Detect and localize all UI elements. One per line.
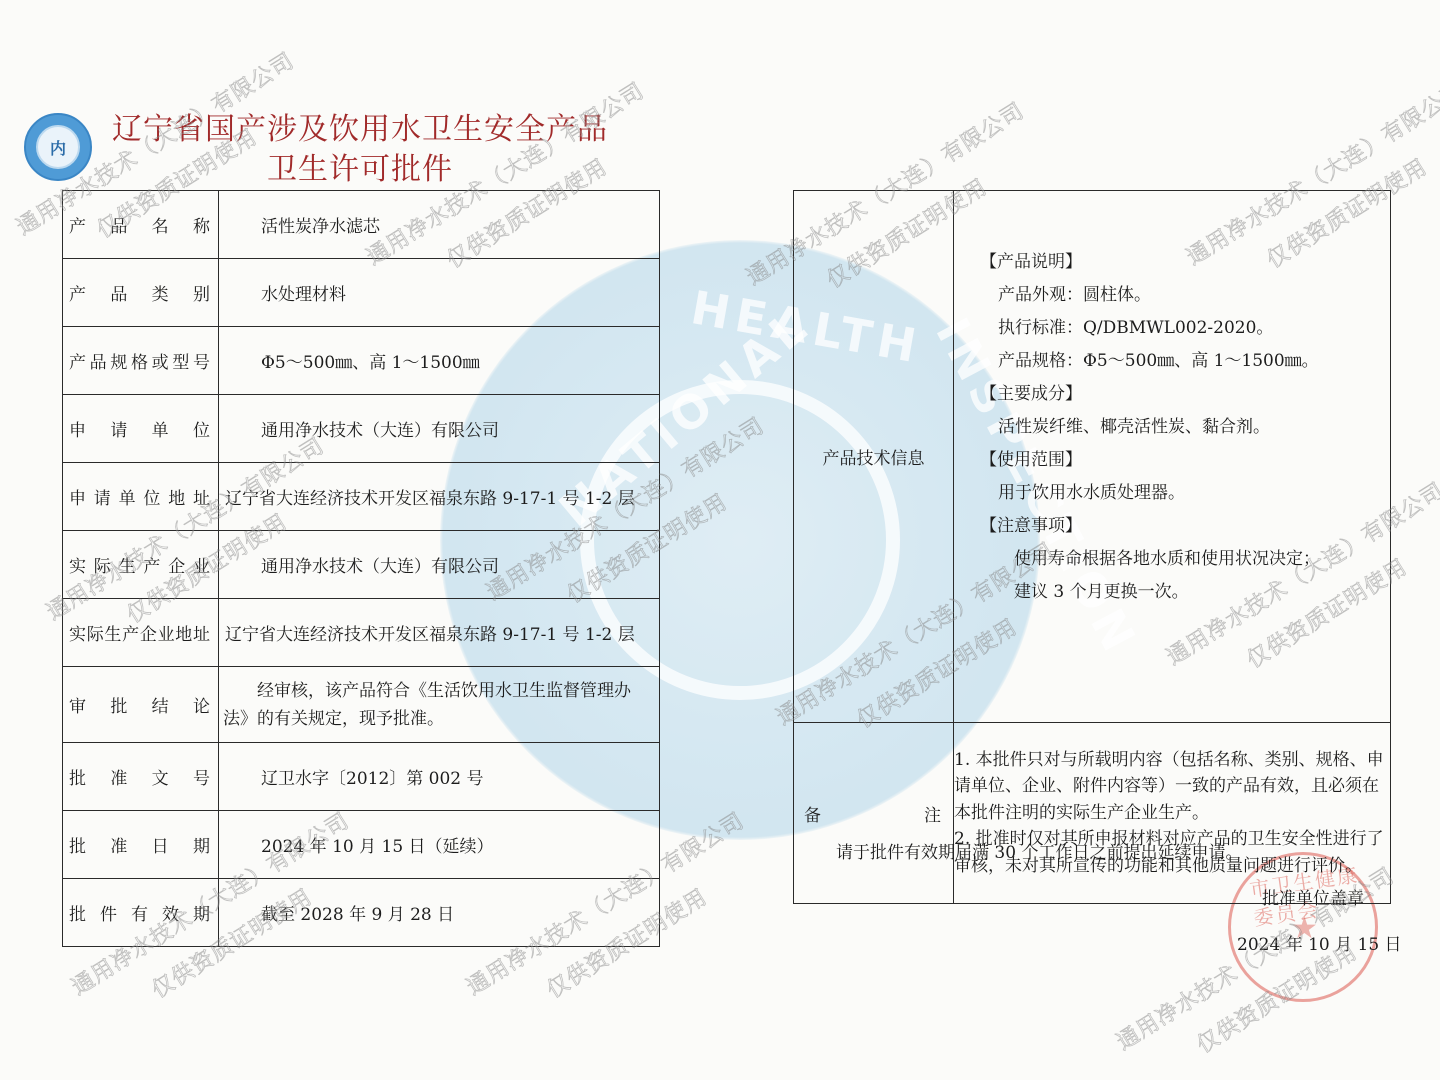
table-row: 批准文号辽卫水字〔2012〕第 002 号	[63, 743, 660, 811]
section-line: 产品外观：圆柱体。	[988, 279, 1380, 312]
row-value: Φ5～500㎜、高 1～1500㎜	[219, 327, 660, 395]
logo-glyph: 内	[36, 125, 80, 169]
row-label: 批准日期	[63, 811, 219, 879]
row-label: 实际生产企业地址	[63, 599, 219, 667]
technical-info-table: 产品技术信息 【产品说明】 产品外观：圆柱体。 执行标准：Q/DBMWL002-…	[793, 190, 1391, 904]
section-line: 执行标准：Q/DBMWL002-2020。	[988, 312, 1380, 345]
row-label: 产品名称	[63, 191, 219, 259]
row-value: 截至 2028 年 9 月 28 日	[219, 879, 660, 947]
health-emblem-logo-icon: 内	[24, 113, 92, 181]
remarks-label: 备注	[794, 723, 954, 904]
row-label: 批准文号	[63, 743, 219, 811]
row-value: 活性炭净水滤芯	[219, 191, 660, 259]
section-line: 活性炭纤维、椰壳活性炭、黏合剂。	[988, 411, 1380, 444]
row-value: 辽宁省大连经济技术开发区福泉东路 9-17-1 号 1-2 层	[219, 463, 660, 531]
seal-label: 批准单位盖章	[1262, 884, 1364, 909]
section-heading: 【注意事项】	[980, 510, 1380, 543]
table-row: 批件有效期截至 2028 年 9 月 28 日	[63, 879, 660, 947]
table-row: 备注 1. 本批件只对与所载明内容（包括名称、类别、规格、申请单位、企业、附件内…	[794, 723, 1391, 904]
document-subtitle: 卫生许可批件	[100, 144, 620, 188]
row-label: 实际生产企业	[63, 531, 219, 599]
row-label: 批件有效期	[63, 879, 219, 947]
row-value: 经审核，该产品符合《生活饮用水卫生监督管理办法》的有关规定，现予批准。	[219, 667, 660, 743]
table-row: 批准日期2024 年 10 月 15 日（延续）	[63, 811, 660, 879]
table-row: 实际生产企业通用净水技术（大连）有限公司	[63, 531, 660, 599]
table-row: 产品名称活性炭净水滤芯	[63, 191, 660, 259]
section-line: 建议 3 个月更换一次。	[988, 576, 1380, 609]
table-row: 产品类别水处理材料	[63, 259, 660, 327]
row-value: 辽卫水字〔2012〕第 002 号	[219, 743, 660, 811]
section-line: 产品规格：Φ5～500㎜、高 1～1500㎜。	[988, 345, 1380, 378]
renewal-notice: 请于批件有效期届满 30 个工作日之前提出延续申请。	[836, 838, 1242, 863]
row-label: 申请单位地址	[63, 463, 219, 531]
row-label: 产品类别	[63, 259, 219, 327]
table-row: 产品规格或型号Φ5～500㎜、高 1～1500㎜	[63, 327, 660, 395]
section-heading: 【产品说明】	[980, 246, 1380, 279]
row-value: 2024 年 10 月 15 日（延续）	[219, 811, 660, 879]
section-line: 用于饮用水水质处理器。	[988, 477, 1380, 510]
section-heading: 【主要成分】	[980, 378, 1380, 411]
table-row: 申请单位地址辽宁省大连经济技术开发区福泉东路 9-17-1 号 1-2 层	[63, 463, 660, 531]
row-value: 水处理材料	[219, 259, 660, 327]
row-value: 辽宁省大连经济技术开发区福泉东路 9-17-1 号 1-2 层	[219, 599, 660, 667]
permit-details-table: 产品名称活性炭净水滤芯 产品类别水处理材料 产品规格或型号Φ5～500㎜、高 1…	[62, 190, 660, 947]
table-row: 产品技术信息 【产品说明】 产品外观：圆柱体。 执行标准：Q/DBMWL002-…	[794, 191, 1391, 723]
section-line: 使用寿命根据各地水质和使用状况决定；	[988, 543, 1380, 576]
row-label: 申请单位	[63, 395, 219, 463]
table-row: 审批结论经审核，该产品符合《生活饮用水卫生监督管理办法》的有关规定，现予批准。	[63, 667, 660, 743]
row-value: 通用净水技术（大连）有限公司	[219, 531, 660, 599]
table-row: 申请单位通用净水技术（大连）有限公司	[63, 395, 660, 463]
row-value: 通用净水技术（大连）有限公司	[219, 395, 660, 463]
section-heading: 【使用范围】	[980, 444, 1380, 477]
document-title: 辽宁省国产涉及饮用水卫生安全产品	[100, 104, 620, 148]
tech-info-content: 【产品说明】 产品外观：圆柱体。 执行标准：Q/DBMWL002-2020。 产…	[954, 191, 1391, 723]
table-row: 实际生产企业地址辽宁省大连经济技术开发区福泉东路 9-17-1 号 1-2 层	[63, 599, 660, 667]
row-label: 产品规格或型号	[63, 327, 219, 395]
seal-date: 2024 年 10 月 15 日	[1237, 930, 1402, 955]
row-label: 审批结论	[63, 667, 219, 743]
tech-info-label: 产品技术信息	[794, 191, 954, 723]
remark-item: 1. 本批件只对与所载明内容（包括名称、类别、规格、申请单位、企业、附件内容等）…	[954, 747, 1390, 827]
remarks-content: 1. 本批件只对与所载明内容（包括名称、类别、规格、申请单位、企业、附件内容等）…	[954, 723, 1391, 904]
